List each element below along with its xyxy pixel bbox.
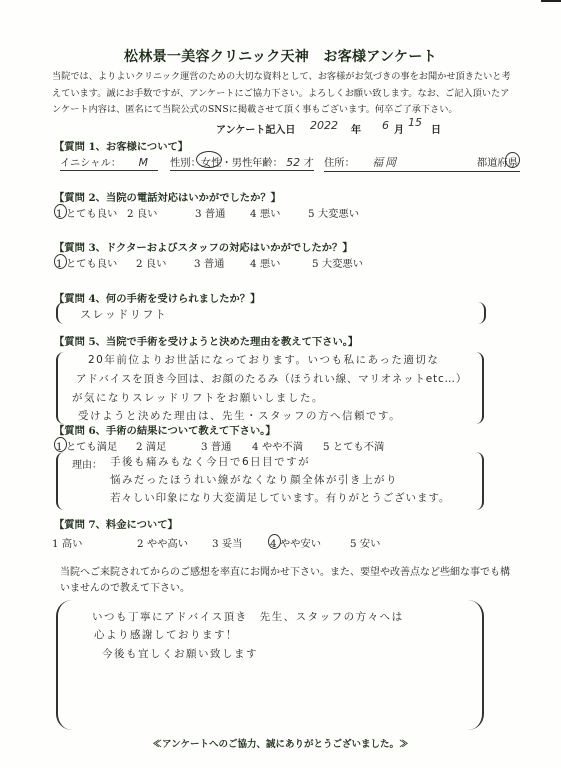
survey-title: 松林景一美容クリニック天神 お客様アンケート bbox=[0, 46, 561, 66]
q2-options: 1 とても良い 2 良い 3 普通 4 悪い 5 大変悪い bbox=[54, 205, 514, 221]
q6-option-2[interactable]: 2 満足 bbox=[136, 438, 166, 453]
initial-field[interactable]: イニシャル： M bbox=[60, 154, 158, 171]
q6-option-4[interactable]: 4 やや不満 bbox=[252, 438, 303, 453]
address-value: 福岡 bbox=[372, 156, 398, 169]
address-label: 住所： bbox=[324, 157, 355, 169]
free-comment-line-2: 心より感謝しております！ bbox=[94, 627, 238, 642]
date-month[interactable]: 6 bbox=[382, 119, 389, 132]
date-label: アンケート記入日 bbox=[216, 121, 295, 136]
q3-option-3[interactable]: 3 普通 bbox=[194, 255, 224, 270]
age-label: 年齢： bbox=[252, 157, 283, 169]
month-unit: 月 bbox=[394, 121, 404, 136]
q7-heading: 【質問 7、料金について】 bbox=[54, 516, 178, 531]
q7-option-1[interactable]: 1 高い bbox=[52, 535, 82, 550]
q3-option-5[interactable]: 5 大変悪い bbox=[312, 255, 363, 270]
q3-heading: 【質問 3、ドクターおよびスタッフの対応はいかがでしたか？】 bbox=[54, 239, 353, 254]
year-unit: 年 bbox=[351, 121, 361, 136]
q2-option-2[interactable]: 2 良い bbox=[127, 205, 157, 220]
scan-corner-mark bbox=[541, 0, 561, 2]
initial-label: イニシャル： bbox=[60, 157, 121, 169]
q5-heading: 【質問 5、当院で手術を受けようと決めた理由を教えて下さい。】 bbox=[54, 333, 358, 348]
initial-value: M bbox=[138, 156, 148, 169]
q6-option-1[interactable]: 1 とても満足 bbox=[56, 438, 117, 453]
q7-options: 1 高い 2 やや高い 3 妥当 4 やや安い 5 安い bbox=[52, 535, 512, 551]
date-year[interactable]: 2022 bbox=[310, 119, 338, 132]
q5-answer-line-1: 20年前位よりお世話になっております。いつも私にあった適切な bbox=[88, 352, 439, 367]
q5-answer-line-2: アドバイスを頂き今回は、お顔のたるみ（ほうれい線、マリオネットetc…） bbox=[76, 371, 467, 386]
q2-option-4[interactable]: 4 悪い bbox=[250, 205, 280, 220]
free-comment-line-3: 今後も宜しくお願い致します bbox=[102, 646, 258, 661]
gender-field[interactable]: 性別：女性・男性 bbox=[170, 154, 252, 171]
q3-option-1[interactable]: 1 とても良い bbox=[56, 255, 117, 270]
date-day[interactable]: 15 bbox=[408, 116, 422, 129]
q6-option-3[interactable]: 3 普通 bbox=[201, 438, 231, 453]
q3-option-4[interactable]: 4 悪い bbox=[250, 255, 280, 270]
age-value: 52 bbox=[286, 156, 300, 169]
survey-footer: ≪アンケートへのご協力、誠にありがとうございました。≫ bbox=[0, 736, 561, 750]
free-comment-prompt: 当院へご来院されてからのご感想を率直にお聞かせ下さい。また、要望や改善点など些細… bbox=[60, 565, 510, 597]
q6-reason-label: 理由： bbox=[72, 456, 102, 471]
q6-heading: 【質問 6、手術の結果について教えて下さい。】 bbox=[54, 422, 276, 437]
prefecture-selected-circle bbox=[505, 152, 520, 168]
q6-reason-line-3: 若々しい印象になり大変満足しています。有りがとうございます。 bbox=[110, 490, 450, 505]
q7-option-5[interactable]: 5 安い bbox=[350, 535, 380, 550]
q2-option-1[interactable]: 1 とても良い bbox=[56, 205, 117, 220]
q2-option-3[interactable]: 3 普通 bbox=[195, 205, 225, 220]
survey-intro: 当院では、よりよいクリニック運営のための大切な資料として、お客様がお気づきの事を… bbox=[52, 69, 512, 119]
address-field[interactable]: 住所： 福岡 都道府県 bbox=[324, 154, 520, 172]
q5-answer-line-3: が気になりスレッドリフトをお願いしました。 bbox=[72, 390, 324, 405]
age-field[interactable]: 年齢： 52 才 bbox=[252, 154, 314, 171]
q2-heading: 【質問 2、当院の電話対応はいかがでしたか？】 bbox=[54, 189, 281, 204]
q1-fields: イニシャル： M 性別：女性・男性 年齢： 52 才 住所： 福岡 都道府県 bbox=[60, 154, 520, 170]
q3-options: 1 とても良い 2 良い 3 普通 4 悪い 5 大変悪い bbox=[54, 255, 514, 271]
q6-option-5[interactable]: 5 とても不満 bbox=[323, 438, 384, 453]
q5-answer-line-4: 受けようと決めた理由は、先生・スタッフの方へ信頼です。 bbox=[78, 408, 401, 423]
q7-option-4[interactable]: 4 やや安い bbox=[270, 535, 321, 550]
q7-option-2[interactable]: 2 やや高い bbox=[137, 535, 188, 550]
q6-reason-line-2: 悩みだったほうれい線がなくなり顔全体が引き上がり bbox=[110, 472, 398, 487]
free-comment-line-1: いつも丁寧にアドバイス頂き 先生、スタッフの方々へは bbox=[92, 609, 404, 624]
q4-answer: スレッドリフト bbox=[80, 306, 167, 322]
q7-option-3[interactable]: 3 妥当 bbox=[212, 535, 242, 550]
q6-reason-line-1: 手後も痛みもなく今日で6日目ですが bbox=[110, 454, 310, 469]
q3-option-2[interactable]: 2 良い bbox=[136, 255, 166, 270]
q1-heading: 【質問 1、お客様について】 bbox=[54, 138, 188, 153]
gender-selected-circle bbox=[196, 151, 222, 168]
age-unit: 才 bbox=[303, 157, 313, 169]
q2-option-5[interactable]: 5 大変悪い bbox=[308, 205, 359, 220]
day-unit: 日 bbox=[431, 121, 441, 136]
